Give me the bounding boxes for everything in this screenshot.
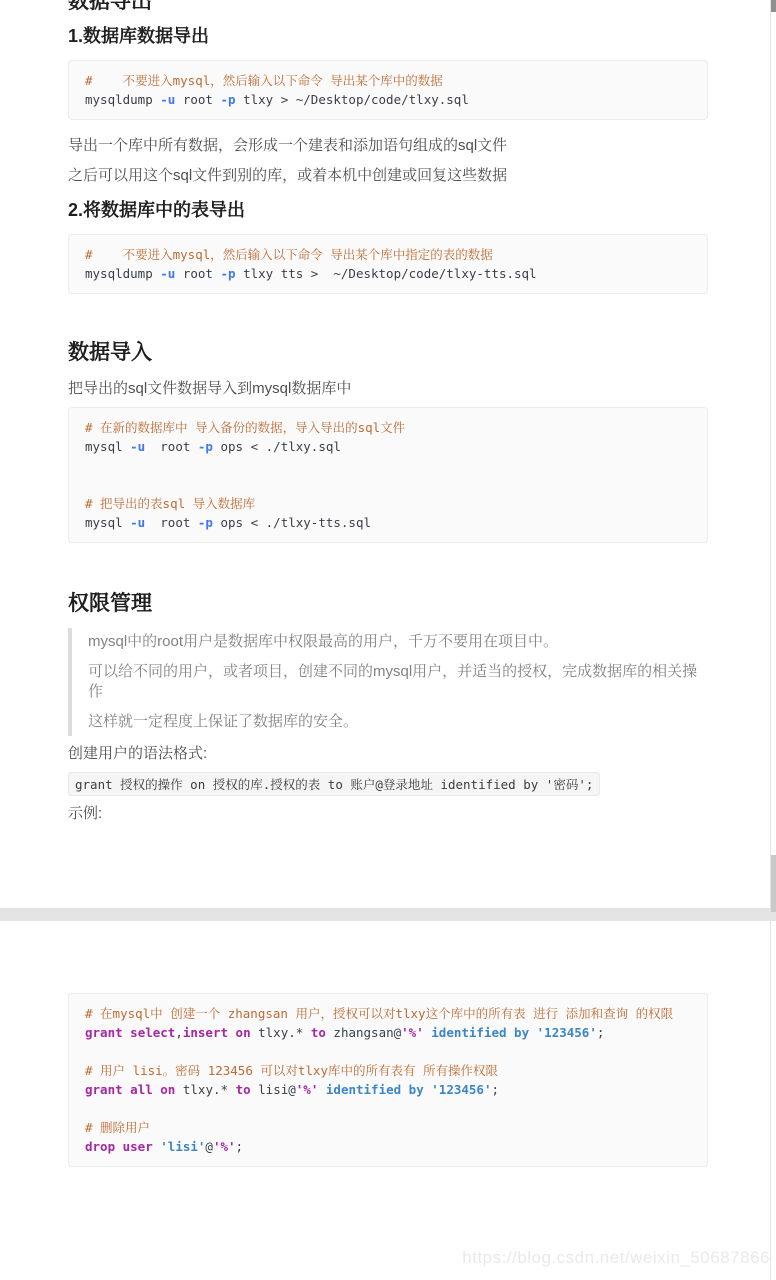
csdn-watermark: https://blog.csdn.net/weixin_50687866 <box>462 1248 770 1268</box>
grant-syntax-wrapper: grant 授权的操作 on 授权的库.授权的表 to 账户@登录地址 iden… <box>68 772 708 796</box>
code-block-export-table: # 不要进入mysql，然后输入以下命令 导出某个库中指定的表的数据mysqld… <box>68 234 708 294</box>
paragraph-export-result: 导出一个库中所有数据，会形成一个建表和添加语句组成的sql文件 <box>68 136 708 156</box>
page-break-divider <box>0 908 776 921</box>
section-heading-data-export: 数据导出 <box>68 0 708 16</box>
code-block-export-database: # 不要进入mysql，然后输入以下命令 导出某个库中的数据mysqldump … <box>68 60 708 120</box>
scrollbar-thumb[interactable] <box>771 855 776 912</box>
grant-syntax-inline-code: grant 授权的操作 on 授权的库.授权的表 to 账户@登录地址 iden… <box>68 772 600 796</box>
code-block-import: # 在新的数据库中 导入备份的数据，导入导出的sql文件mysql -u roo… <box>68 407 708 543</box>
code-block-grant-examples: # 在mysql中 创建一个 zhangsan 用户，授权可以对tlxy这个库中… <box>68 993 708 1167</box>
permissions-blockquote: mysql中的root用户是数据库中权限最高的用户，千万不要用在项目中。 可以给… <box>68 628 708 736</box>
quote-line-security: 这样就一定程度上保证了数据库的安全。 <box>88 712 708 732</box>
quote-line-root-user: mysql中的root用户是数据库中权限最高的用户，千万不要用在项目中。 <box>88 632 708 652</box>
scrollbar-track <box>770 0 771 1280</box>
paragraph-example-label: 示例: <box>68 804 708 824</box>
paragraph-export-usage: 之后可以用这个sql文件到别的库，或着本机中创建或回复这些数据 <box>68 166 708 186</box>
blog-article-page: 数据导出 1.数据库数据导出 # 不要进入mysql，然后输入以下命令 导出某个… <box>0 0 776 1280</box>
subheading-export-database: 1.数据库数据导出 <box>68 24 708 48</box>
subheading-export-table: 2.将数据库中的表导出 <box>68 198 708 222</box>
paragraph-import-intro: 把导出的sql文件数据导入到mysql数据库中 <box>68 379 708 399</box>
scrollbar-thumb-top[interactable] <box>771 0 776 12</box>
section-heading-data-import: 数据导入 <box>68 338 708 367</box>
quote-line-create-users: 可以给不同的用户，或者项目，创建不同的mysql用户，并适当的授权，完成数据库的… <box>88 662 708 702</box>
section-heading-permissions: 权限管理 <box>68 589 708 618</box>
article-content: 数据导出 1.数据库数据导出 # 不要进入mysql，然后输入以下命令 导出某个… <box>0 0 776 824</box>
paragraph-syntax-label: 创建用户的语法格式: <box>68 744 708 764</box>
